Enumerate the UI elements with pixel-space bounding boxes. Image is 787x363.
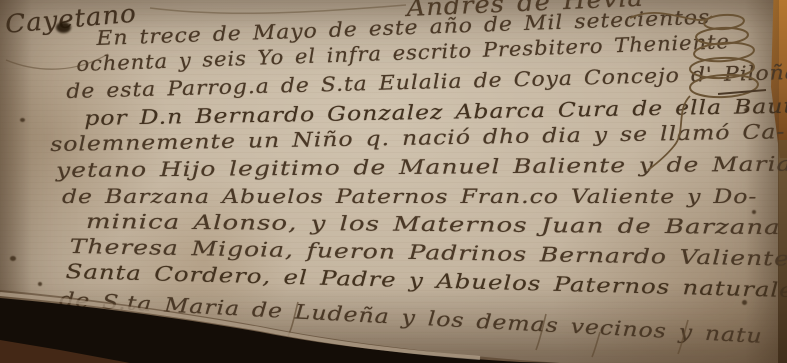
ink-speck	[10, 256, 16, 261]
ink-speck	[752, 210, 756, 214]
ink-speck	[742, 300, 747, 305]
ink-speck	[744, 108, 749, 112]
flourish-stroke	[150, 5, 406, 13]
manuscript-line: minica Alonso, y los Maternos Juan de Ba…	[86, 209, 787, 239]
ink-speck	[20, 118, 25, 122]
manuscript-line: yetano Hijo legitimo de Manuel Baliente …	[56, 152, 787, 182]
manuscript-photo: Cayetano Andres de Hevia En trece de May…	[0, 0, 787, 363]
ink-blot	[56, 22, 71, 33]
manuscript-line: de Barzana Abuelos Paternos Fran.co Vali…	[62, 184, 757, 208]
page-curvature-shadow	[745, 0, 779, 363]
ink-speck	[38, 282, 42, 286]
